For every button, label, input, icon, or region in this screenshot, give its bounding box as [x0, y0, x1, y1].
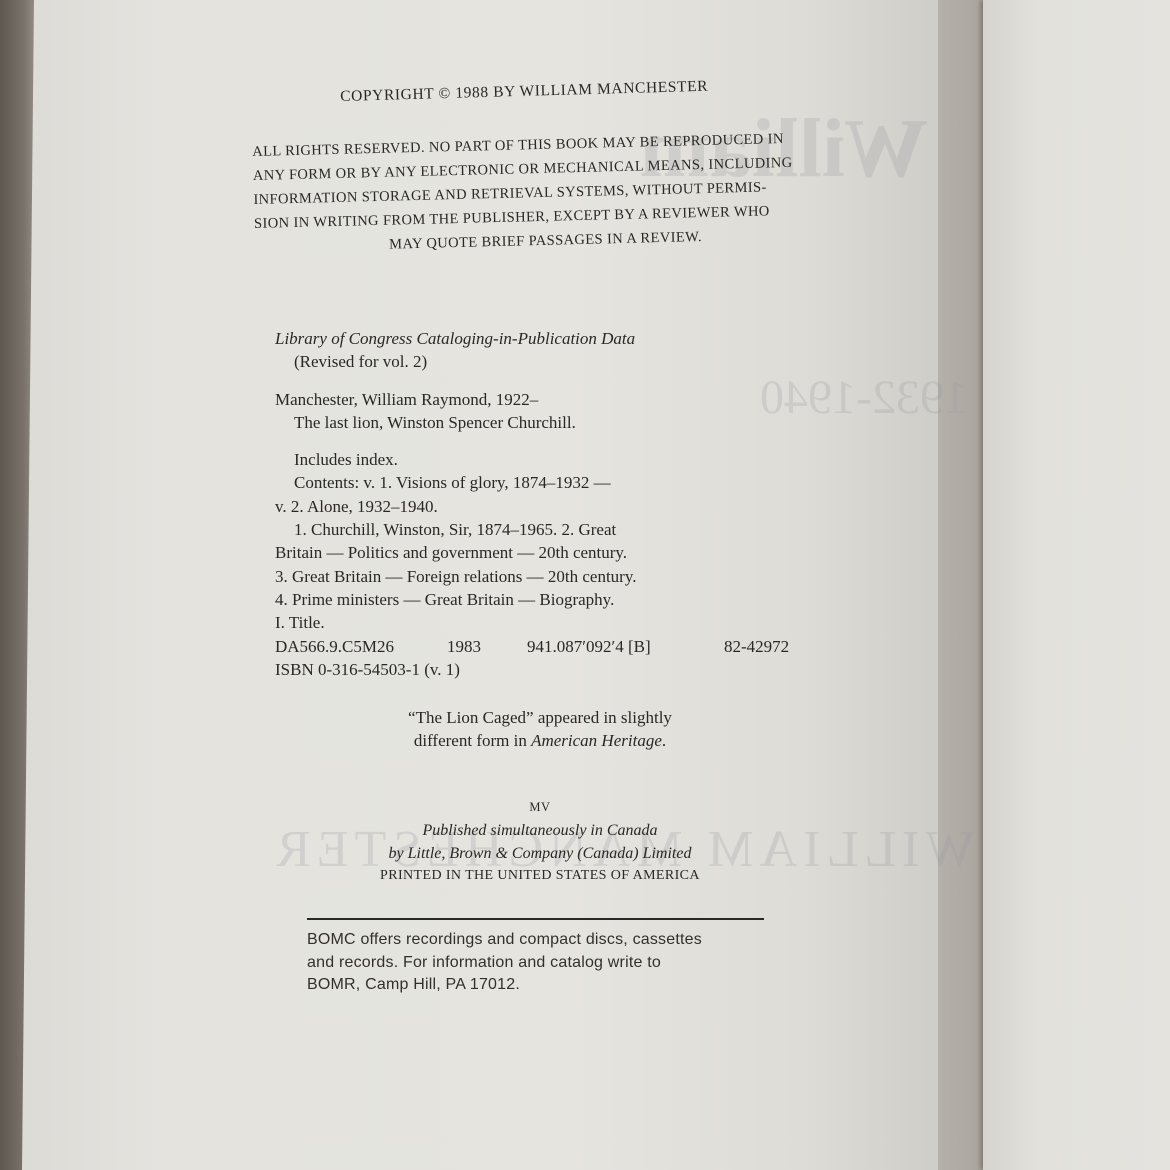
cip-contents: Contents: v. 1. Visions of glory, 1874–1… — [275, 471, 835, 494]
cip-year: 1983 — [447, 635, 527, 658]
cip-lccn: 82-42972 — [724, 635, 789, 658]
publisher-block: MV Published simultaneously in Canada by… — [300, 800, 780, 887]
cip-subject: 1. Churchill, Winston, Sir, 1874–1965. 2… — [275, 518, 835, 541]
cip-classification-row: DA566.9.C5M26 1983 941.087′092′4 [B] 82-… — [275, 635, 835, 658]
divider-rule — [307, 918, 764, 920]
cip-author: Manchester, William Raymond, 1922– — [275, 388, 835, 411]
published-canada-line: Published simultaneously in Canada — [300, 819, 780, 842]
bomc-line: BOMC offers recordings and compact discs… — [307, 929, 777, 952]
cip-call-number: DA566.9.C5M26 — [275, 635, 447, 658]
note-line: different form in American Heritage. — [330, 729, 750, 752]
bomc-line: BOMR, Camp Hill, PA 17012. — [307, 974, 777, 997]
cip-subject: 4. Prime ministers — Great Britain — Bio… — [275, 588, 835, 611]
cip-includes: Includes index. — [275, 448, 835, 471]
cip-isbn: ISBN 0-316-54503-1 (v. 1) — [275, 658, 835, 681]
note-line: “The Lion Caged” appeared in slightly — [330, 706, 750, 729]
canadian-publisher-line: by Little, Brown & Company (Canada) Limi… — [300, 842, 780, 865]
cip-data-block: Library of Congress Cataloging-in-Public… — [275, 327, 835, 681]
prior-publication-note: “The Lion Caged” appeared in slightly di… — [330, 706, 750, 752]
facing-page — [983, 0, 1170, 1170]
cip-contents-cont: v. 2. Alone, 1932–1940. — [275, 495, 835, 518]
cip-title: The last lion, Winston Spencer Churchill… — [275, 411, 835, 434]
rights-reserved-block: ALL RIGHTS RESERVED. NO PART OF THIS BOO… — [252, 126, 837, 260]
cip-subject: 3. Great Britain — Foreign relations — 2… — [275, 565, 835, 588]
cip-revised: (Revised for vol. 2) — [275, 350, 835, 373]
bomc-line: and records. For information and catalog… — [307, 952, 777, 975]
printer-mark: MV — [300, 800, 780, 815]
cip-title-entry: I. Title. — [275, 611, 835, 634]
cip-subject: Britain — Politics and government — 20th… — [275, 541, 835, 564]
printed-in-line: PRINTED IN THE UNITED STATES OF AMERICA — [300, 865, 780, 887]
cip-dewey: 941.087′092′4 [B] — [527, 635, 724, 658]
bomc-notice: BOMC offers recordings and compact discs… — [307, 929, 777, 997]
magazine-title: American Heritage — [531, 731, 662, 750]
cip-heading: Library of Congress Cataloging-in-Public… — [275, 327, 835, 350]
